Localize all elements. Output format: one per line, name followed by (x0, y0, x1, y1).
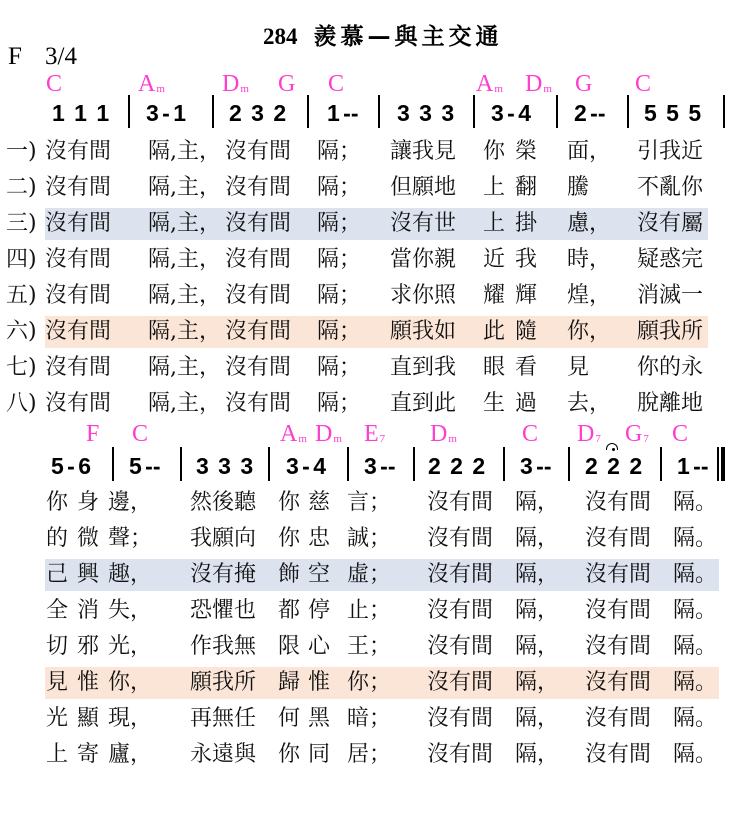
chord-symbol: Dm (222, 70, 249, 102)
lyric-segment: 沒有間 (427, 523, 493, 555)
lyric-segment: 都 (278, 595, 300, 627)
fermata-dot-icon (612, 448, 615, 451)
lyric-segment: 黑 (308, 703, 330, 735)
lyric-segment: 沒有掩 (190, 559, 256, 591)
chord-root: A (280, 421, 297, 447)
lyric-segment: 你的永 (637, 352, 703, 384)
lyric-segment: 歸 (278, 667, 300, 699)
hymn-number: 284 (263, 24, 298, 49)
lyric-segment: 惟 (77, 667, 99, 699)
barline (627, 95, 629, 128)
measure-notes: 3 -- (364, 453, 396, 479)
lyric-segment: 沒有間 (225, 208, 291, 240)
lyric-segment: 榮 (515, 136, 537, 168)
chord-root: D (430, 421, 447, 447)
verse-row-4: 四) 沒有間 隔,主， 沒有間 隔； 當你親 近 我 時， 疑惑完 (0, 244, 743, 276)
lyric-segment: 直到此 (390, 388, 456, 420)
lyric-segment: 慈 (308, 487, 330, 519)
lyric-segment: 沒有間 (585, 703, 651, 735)
lyric-segment: 隨 (515, 316, 537, 348)
chord-root: C (132, 421, 148, 447)
verse-row-3: 三) 沒有間 隔,主， 沒有間 隔； 沒有世 上 掛 慮， 沒有屬 (0, 208, 743, 240)
verse-row-5: 五) 沒有間 隔,主， 沒有間 隔； 求你照 耀 輝 煌， 消滅一 (0, 280, 743, 312)
lyric-segment: 身 (77, 487, 99, 519)
barline (180, 447, 182, 481)
lyric-segment: 沒有間 (225, 352, 291, 384)
lyric-segment: 切 (46, 631, 68, 663)
lyric-segment: 眼 (483, 352, 505, 384)
lyric-segment: 沒有間 (225, 136, 291, 168)
verse-row-1-continued: 你 身 邊， 然後聽 你 慈 言； 沒有間 隔， 沒有間 隔。 (0, 487, 743, 519)
verse-number: 五) (6, 280, 37, 312)
verse-number: 四) (6, 244, 37, 276)
lyric-segment: 消 (77, 595, 99, 627)
lyric-segment: 止； (347, 595, 391, 627)
lyric-segment: 沒有間 (225, 244, 291, 276)
chord-symbol: C (672, 420, 689, 452)
lyric-segment: 讓我見 (390, 136, 456, 168)
lyric-segment: 隔； (317, 136, 361, 168)
lyric-segment: 沒有間 (585, 667, 651, 699)
chord-symbol: C (132, 420, 149, 452)
lyric-segment: 你 (278, 523, 300, 555)
lyric-segment: 你， (567, 316, 611, 348)
lyric-segment: 沒有間 (225, 172, 291, 204)
verse-number: 六) (6, 316, 37, 348)
lyric-segment: 隔。 (673, 487, 717, 519)
chord-root: F (86, 421, 99, 447)
lyric-segment: 光 (46, 703, 68, 735)
barline (212, 95, 214, 128)
lyric-segment: 近 (483, 244, 505, 276)
lyric-segment: 你， (108, 667, 152, 699)
chord-symbol: Dm (315, 420, 342, 452)
chord-root: D (315, 421, 332, 447)
chord-symbol: Am (280, 420, 307, 452)
lyric-segment: 煌， (567, 280, 611, 312)
lyric-segment: 暗； (347, 703, 391, 735)
chord-root: E (364, 421, 379, 447)
lyric-segment: 限 (278, 631, 300, 663)
lyric-segment: 沒有間 (427, 559, 493, 591)
chord-symbol: C (635, 70, 652, 102)
lyric-segment: 求你照 (390, 280, 456, 312)
lyric-segment: 停 (308, 595, 330, 627)
verse-number: 二) (6, 172, 37, 204)
lyric-segment: 隔， (515, 523, 559, 555)
lyric-segment: 趣， (108, 559, 152, 591)
lyric-segment: 隔； (317, 172, 361, 204)
barline (723, 95, 725, 128)
lyric-segment: 隔； (317, 352, 361, 384)
lyric-segment: 微 (77, 523, 99, 555)
chord-symbol: D7 (577, 420, 601, 452)
lyric-segment: 再無任 (190, 703, 256, 735)
lyric-segment: 沒有間 (427, 667, 493, 699)
hymn-name: 羨慕—與主交通 (314, 24, 503, 50)
lyric-segment: 上 (483, 208, 505, 240)
lyric-segment: 隔,主， (148, 208, 221, 240)
verse-row-2-continued: 的 微 聲； 我願向 你 忠 誠； 沒有間 隔， 沒有間 隔。 (0, 523, 743, 555)
measure-notes: 2 2 2 (585, 453, 642, 479)
lyric-segment: 沒有間 (45, 280, 111, 312)
barline (556, 95, 558, 128)
chord-root: C (672, 421, 688, 447)
lyric-segment: 時， (567, 244, 611, 276)
chord-symbol: F (86, 420, 100, 452)
measure-notes: 3 - 1 (146, 100, 186, 126)
measure-notes: 3 -- (520, 453, 552, 479)
verse-row-7-continued: 光 顯 現， 再無任 何 黑 暗； 沒有間 隔， 沒有間 隔。 (0, 703, 743, 735)
lyric-segment: 沒有屬 (637, 208, 703, 240)
verse-row-7: 七) 沒有間 隔,主， 沒有間 隔； 直到我 眼 看 見 你的永 (0, 352, 743, 384)
key-signature: F (8, 42, 22, 72)
lyric-segment: 沒有間 (585, 523, 651, 555)
lyric-segment: 隔。 (673, 739, 717, 771)
chord-root: D (577, 421, 594, 447)
lyric-segment: 你 (46, 487, 68, 519)
lyric-segment: 我願向 (190, 523, 256, 555)
measure-notes: 3 3 3 (196, 453, 253, 479)
lyric-segment: 顯 (77, 703, 99, 735)
chord-quality: m (494, 83, 503, 95)
lyric-segment: 你； (347, 667, 391, 699)
lyric-segment: 隔。 (673, 703, 717, 735)
chord-root: C (522, 421, 538, 447)
lyric-segment: 掛 (515, 208, 537, 240)
lyric-segment: 己 (46, 559, 68, 591)
lyric-segment: 沒有間 (225, 280, 291, 312)
verse-row-6: 六) 沒有間 隔,主， 沒有間 隔； 願我如 此 隨 你， 願我所 (0, 316, 743, 348)
lyric-segment: 飾 (278, 559, 300, 591)
lyric-segment: 生 (483, 388, 505, 420)
lyric-segment: 隔， (515, 667, 559, 699)
lyric-segment: 見 (46, 667, 68, 699)
lyric-segment: 邊， (108, 487, 152, 519)
barline (473, 95, 475, 128)
lyric-segment: 你 (483, 136, 505, 168)
lyric-segment: 隔。 (673, 595, 717, 627)
measure-notes: 3 - 4 (286, 453, 326, 479)
lyric-segment: 我 (515, 244, 537, 276)
lyric-segment: 隔,主， (148, 388, 221, 420)
lyric-segment: 引我近 (637, 136, 703, 168)
lyric-segment: 隔； (317, 388, 361, 420)
lyric-segment: 翻 (515, 172, 537, 204)
lyric-segment: 永遠與 (190, 739, 256, 771)
lyric-segment: 沒有間 (585, 487, 651, 519)
measure-notes: 1 -- (677, 453, 709, 479)
lyric-segment: 上 (483, 172, 505, 204)
barline (503, 447, 505, 481)
lyric-segment: 隔,主， (148, 136, 221, 168)
chord-root: G (625, 421, 642, 447)
chord-quality: m (448, 433, 457, 445)
barline (128, 95, 130, 128)
chord-quality: m (298, 433, 307, 445)
lyric-segment: 隔， (515, 559, 559, 591)
lyric-segment: 沒有間 (45, 244, 111, 276)
lyric-segment: 現， (108, 703, 152, 735)
lyric-segment: 同 (308, 739, 330, 771)
lyric-segment: 隔。 (673, 667, 717, 699)
lyric-segment: 慮， (567, 208, 611, 240)
lyric-segment: 的 (46, 523, 68, 555)
lyric-segment: 作我無 (190, 631, 256, 663)
lyric-segment: 隔， (515, 631, 559, 663)
lyric-segment: 隔； (317, 316, 361, 348)
lyric-segment: 沒有間 (427, 703, 493, 735)
lyric-segment: 隔， (515, 487, 559, 519)
lyric-segment: 全 (46, 595, 68, 627)
measure-notes: 3 3 3 (397, 100, 454, 126)
lyric-segment: 沒有間 (225, 388, 291, 420)
lyric-segment: 沒有間 (45, 316, 111, 348)
chord-symbol: C (328, 70, 345, 102)
verse-row-8-continued: 上 寄 廬， 永遠與 你 同 居； 沒有間 隔， 沒有間 隔。 (0, 739, 743, 771)
lyric-segment: 疑惑完 (637, 244, 703, 276)
lyric-segment: 你 (278, 739, 300, 771)
chord-symbol: G (278, 70, 296, 102)
lyric-segment: 沒有間 (585, 559, 651, 591)
lyric-segment: 此 (483, 316, 505, 348)
final-barline-thin (717, 447, 719, 481)
chord-root: D (525, 71, 542, 97)
lyric-segment: 隔， (515, 595, 559, 627)
chord-root: A (476, 71, 493, 97)
lyric-segment: 當你親 (390, 244, 456, 276)
lyric-segment: 但願地 (390, 172, 456, 204)
lyric-segment: 沒有間 (45, 172, 111, 204)
lyric-segment: 隔， (515, 703, 559, 735)
lyric-segment: 隔。 (673, 631, 717, 663)
lyric-segment: 隔； (317, 244, 361, 276)
chord-quality: m (156, 83, 165, 95)
lyric-segment: 言； (347, 487, 391, 519)
measure-notes: 5 5 5 (644, 100, 701, 126)
measure-notes: 1 1 1 (52, 100, 109, 126)
lyric-segment: 隔,主， (148, 280, 221, 312)
chord-symbol: G7 (625, 420, 649, 452)
verse-number: 三) (6, 208, 37, 240)
lyric-segment: 王； (347, 631, 391, 663)
chord-root: C (46, 71, 62, 97)
lyric-segment: 願我所 (637, 316, 703, 348)
lyric-segment: 沒有間 (585, 595, 651, 627)
lyric-segment: 居； (347, 739, 391, 771)
barline (413, 447, 415, 481)
lyric-segment: 去， (567, 388, 611, 420)
measure-notes: 2 3 2 (229, 100, 286, 126)
chord-root: D (222, 71, 239, 97)
lyric-segment: 脫離地 (637, 388, 703, 420)
lyric-segment: 耀 (483, 280, 505, 312)
lyric-segment: 上 (46, 739, 68, 771)
lyric-segment: 興 (77, 559, 99, 591)
chord-symbol: Dm (430, 420, 457, 452)
lyric-segment: 廬， (108, 739, 152, 771)
lyric-segment: 隔,主， (148, 172, 221, 204)
lyric-segment: 虛； (347, 559, 391, 591)
verse-row-4-continued: 全 消 失， 恐懼也 都 停 止； 沒有間 隔， 沒有間 隔。 (0, 595, 743, 627)
verse-row-2: 二) 沒有間 隔,主， 沒有間 隔； 但願地 上 翻 騰 不亂你 (0, 172, 743, 204)
lyric-segment: 忠 (308, 523, 330, 555)
barline (347, 447, 349, 481)
chord-symbol: E7 (364, 420, 385, 452)
measure-notes: 3 - 4 (491, 100, 531, 126)
lyric-segment: 騰 (567, 172, 589, 204)
lyric-segment: 隔； (317, 208, 361, 240)
lyric-segment: 失， (108, 595, 152, 627)
verse-row-6-continued: 見 惟 你， 願我所 歸 惟 你； 沒有間 隔， 沒有間 隔。 (0, 667, 743, 699)
verse-row-8: 八) 沒有間 隔,主， 沒有間 隔； 直到此 生 過 去， 脫離地 (0, 388, 743, 420)
measure-notes: 2 2 2 (428, 453, 485, 479)
chord-symbol: C (46, 70, 63, 102)
lyric-segment: 不亂你 (637, 172, 703, 204)
lyric-segment: 直到我 (390, 352, 456, 384)
barline (378, 95, 380, 128)
lyric-segment: 沒有間 (585, 631, 651, 663)
chord-quality: 7 (380, 433, 386, 445)
measure-notes: 2 -- (574, 100, 606, 126)
lyric-segment: 沒有間 (45, 208, 111, 240)
lyric-segment: 邪 (77, 631, 99, 663)
chord-symbol: Am (476, 70, 503, 102)
lyric-segment: 沒有間 (45, 388, 111, 420)
lyric-segment: 何 (278, 703, 300, 735)
barline (112, 447, 114, 481)
lyric-segment: 隔， (515, 739, 559, 771)
chord-root: A (138, 71, 155, 97)
lyric-segment: 你 (278, 487, 300, 519)
lyric-segment: 隔。 (673, 523, 717, 555)
chord-symbol: Dm (525, 70, 552, 102)
chord-quality: m (333, 433, 342, 445)
chord-root: C (635, 71, 651, 97)
lyric-segment: 沒有間 (427, 487, 493, 519)
lyric-segment: 消滅一 (637, 280, 703, 312)
time-signature: 3/4 (45, 42, 77, 72)
lyric-segment: 隔。 (673, 559, 717, 591)
verse-number: 一) (6, 136, 37, 168)
lyric-segment: 沒有間 (585, 739, 651, 771)
chord-quality: m (240, 83, 249, 95)
chord-symbol: Am (138, 70, 165, 102)
lyric-segment: 聲； (108, 523, 152, 555)
lyric-segment: 然後聽 (190, 487, 256, 519)
chord-quality: 7 (643, 433, 649, 445)
lyric-segment: 寄 (77, 739, 99, 771)
lyric-segment: 沒有間 (427, 631, 493, 663)
lyric-segment: 隔,主， (148, 352, 221, 384)
verse-number: 八) (6, 388, 37, 420)
lyric-segment: 隔； (317, 280, 361, 312)
lyric-segment: 恐懼也 (190, 595, 256, 627)
verse-row-1: 一) 沒有間 隔,主， 沒有間 隔； 讓我見 你 榮 面， 引我近 (0, 136, 743, 168)
chord-quality: m (543, 83, 552, 95)
lyric-segment: 輝 (515, 280, 537, 312)
lyric-segment: 光， (108, 631, 152, 663)
lyric-segment: 沒有世 (390, 208, 456, 240)
chord-root: G (278, 71, 295, 97)
lyric-segment: 沒有間 (45, 352, 111, 384)
lyric-segment: 沒有間 (45, 136, 111, 168)
lyric-segment: 見 (567, 352, 589, 384)
barline (307, 95, 309, 128)
measure-notes: 5 -- (129, 453, 161, 479)
lyric-segment: 沒有間 (225, 316, 291, 348)
chord-symbol: G (575, 70, 593, 102)
lyric-segment: 過 (515, 388, 537, 420)
lyric-segment: 隔,主， (148, 244, 221, 276)
lyric-segment: 心 (308, 631, 330, 663)
hymn-title: 284羨慕—與主交通 (263, 18, 503, 51)
verse-row-3-continued: 己 興 趣， 沒有掩 飾 空 虛； 沒有間 隔， 沒有間 隔。 (0, 559, 743, 591)
lyric-segment: 誠； (347, 523, 391, 555)
chord-quality: 7 (595, 433, 601, 445)
measure-notes: 5 - 6 (51, 453, 91, 479)
lyric-segment: 看 (515, 352, 537, 384)
lyric-segment: 願我所 (190, 667, 256, 699)
chord-root: G (575, 71, 592, 97)
measure-notes: 1 -- (327, 100, 359, 126)
lyric-segment: 沒有間 (427, 739, 493, 771)
lyric-segment: 空 (308, 559, 330, 591)
barline (268, 447, 270, 481)
lyric-segment: 願我如 (390, 316, 456, 348)
lyric-segment: 沒有間 (427, 595, 493, 627)
lyric-segment: 隔,主， (148, 316, 221, 348)
final-barline-thick (721, 447, 725, 481)
barline (660, 447, 662, 481)
lyric-segment: 惟 (308, 667, 330, 699)
lyric-segment: 面， (567, 136, 611, 168)
barline (568, 447, 570, 481)
verse-number: 七) (6, 352, 37, 384)
chord-root: C (328, 71, 344, 97)
verse-row-5-continued: 切 邪 光， 作我無 限 心 王； 沒有間 隔， 沒有間 隔。 (0, 631, 743, 663)
chord-symbol: C (522, 420, 539, 452)
